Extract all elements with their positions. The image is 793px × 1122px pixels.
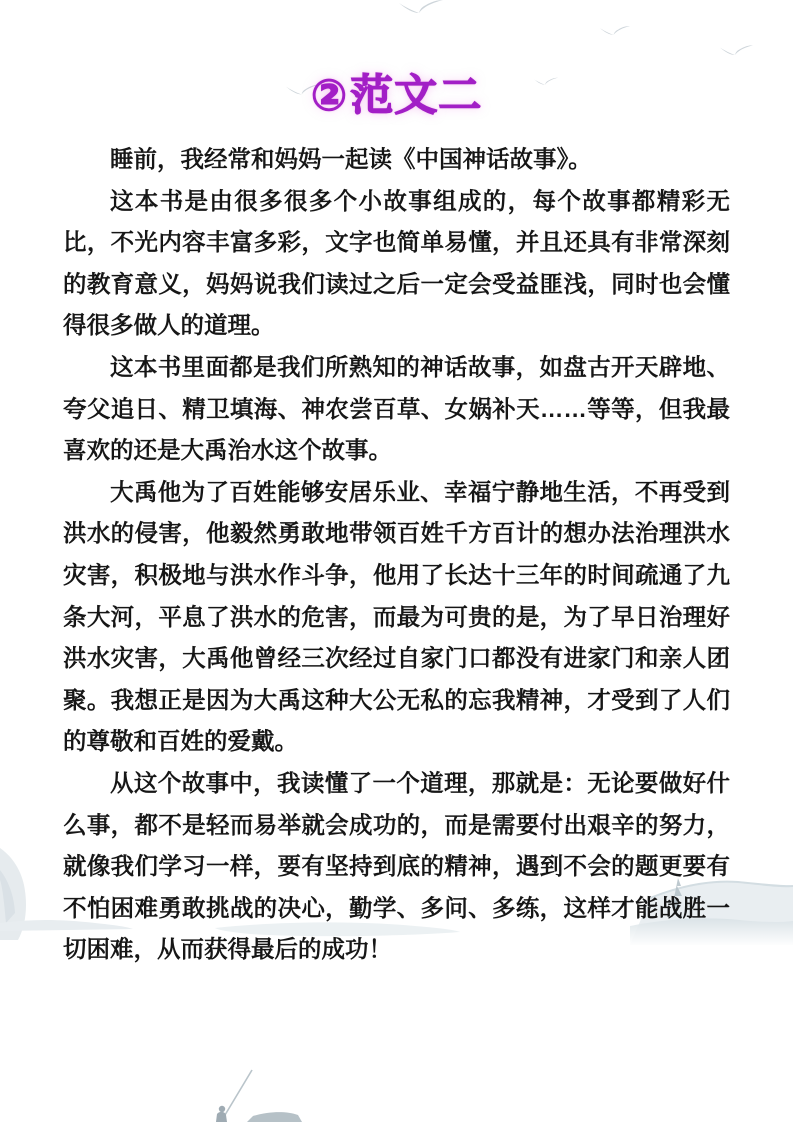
essay-paragraph: 这本书是由很多很多个小故事组成的，每个故事都精彩无比，不光内容丰富多彩，文字也简… [63, 181, 730, 347]
essay-line: 从这个故事中，我读懂了一个道理，那就是：无论要做好什 [63, 763, 730, 805]
page-title: ②范文二 [0, 70, 793, 122]
essay-line: 喜欢的还是大禹治水这个故事。 [63, 430, 730, 472]
essay-line: 的教育意义，妈妈说我们读过之后一定会受益匪浅，同时也会懂 [63, 264, 730, 306]
essay-line: 洪水的侵害，他毅然勇敢地带领百姓千方百计的想办法治理洪水 [63, 513, 730, 555]
essay-paragraph: 从这个故事中，我读懂了一个道理，那就是：无论要做好什么事，都不是轻而易举就会成功… [63, 763, 730, 971]
fisherman-head [219, 1106, 225, 1112]
title-number-badge: ② [311, 72, 348, 120]
essay-paragraph: 大禹他为了百姓能够安居乐业、幸福宁静地生活，不再受到洪水的侵害，他毅然勇敢地带领… [63, 472, 730, 763]
essay-line: 这本书里面都是我们所熟知的神话故事，如盘古开天辟地、 [63, 347, 730, 389]
essay-body: 睡前，我经常和妈妈一起读《中国神话故事》。这本书是由很多很多个小故事组成的，每个… [63, 139, 730, 971]
essay-line: 大禹他为了百姓能够安居乐业、幸福宁静地生活，不再受到 [63, 472, 730, 514]
fishing-rod [225, 1070, 252, 1115]
essay-line: 条大河，平息了洪水的危害，而最为可贵的是，为了早日治理好 [63, 597, 730, 639]
seagull-bird-icon [600, 26, 630, 35]
essay-line: 的尊敬和百姓的爱戴。 [63, 721, 730, 763]
essay-line: 就像我们学习一样，要有坚持到底的精神，遇到不会的题更要有 [63, 846, 730, 888]
boat-hull [247, 1112, 302, 1122]
essay-line: 洪水灾害，大禹他曾经三次经过自家门口都没有进家门和亲人团 [63, 638, 730, 680]
essay-line: 得很多做人的道理。 [63, 305, 730, 347]
seagull-bird-icon [399, 0, 443, 13]
seagull-bird-icon [720, 45, 753, 55]
essay-line: 切困难，从而获得最后的成功！ [63, 929, 730, 971]
essay-line: 比，不光内容丰富多彩，文字也简单易懂，并且还具有非常深刻 [63, 222, 730, 264]
essay-line: 这本书是由很多很多个小故事组成的，每个故事都精彩无 [63, 181, 730, 223]
fisherman-body [216, 1112, 227, 1122]
essay-paragraph: 这本书里面都是我们所熟知的神话故事，如盘古开天辟地、夸父追日、精卫填海、神农尝百… [63, 347, 730, 472]
essay-paragraph: 睡前，我经常和妈妈一起读《中国神话故事》。 [63, 139, 730, 181]
essay-page: ②范文二 睡前，我经常和妈妈一起读《中国神话故事》。这本书是由很多很多个小故事组… [0, 0, 793, 1122]
essay-line: 不怕困难勇敢挑战的决心，勤学、多问、多练，这样才能战胜一 [63, 888, 730, 930]
title-text: 范文二 [350, 72, 482, 120]
essay-line: 夸父追日、精卫填海、神农尝百草、女娲补天……等等，但我最 [63, 389, 730, 431]
essay-line: 么事，都不是轻而易举就会成功的，而是需要付出艰辛的努力， [63, 805, 730, 847]
essay-line: 灾害，积极地与洪水作斗争，他用了长达十三年的时间疏通了九 [63, 555, 730, 597]
essay-line: 睡前，我经常和妈妈一起读《中国神话故事》。 [63, 139, 730, 181]
essay-line: 聚。我想正是因为大禹这种大公无私的忘我精神，才受到了人们 [63, 680, 730, 722]
fisherman-boat-icon [216, 1070, 302, 1122]
